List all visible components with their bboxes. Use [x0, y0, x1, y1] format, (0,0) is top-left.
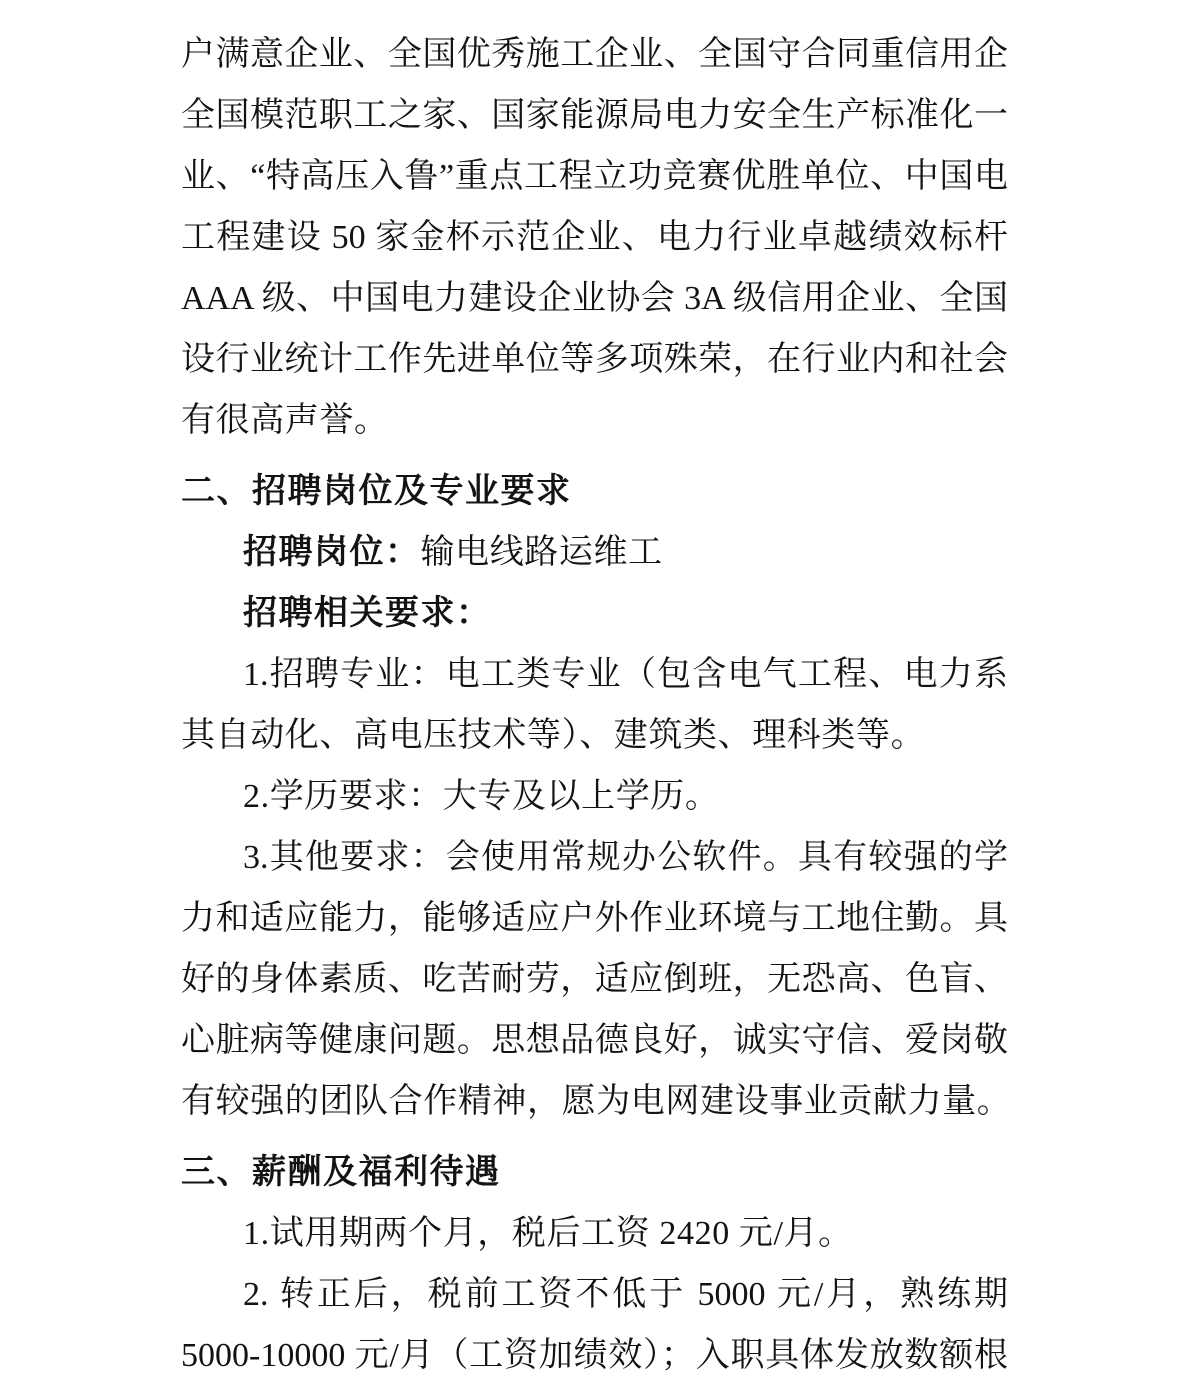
- section-heading: 二、招聘岗位及专业要求: [181, 461, 1008, 522]
- section-heading: 三、薪酬及福利待遇: [181, 1142, 1008, 1203]
- text-line: 有很高声誉。: [181, 390, 1008, 451]
- document-page: 户满意企业、全国优秀施工企业、全国守合同重信用企业、全国模范职工之家、国家能源局…: [0, 0, 1190, 1388]
- text-line: 工程建设 50 家金杯示范企业、电力行业卓越绩效标杆评价: [181, 207, 1008, 268]
- text-line: 5000-10000 元/月（工资加绩效）；入职具体发放数额根据: [181, 1325, 1008, 1386]
- text-line: 招聘岗位：输电线路运维工: [181, 522, 1008, 583]
- text-line: 户满意企业、全国优秀施工企业、全国守合同重信用企业、: [181, 24, 1008, 85]
- text-line: 3.其他要求：会使用常规办公软件。具有较强的学习能: [181, 827, 1008, 888]
- text-line: 其自动化、高电压技术等）、建筑类、理科类等。: [181, 705, 1008, 766]
- text-line: AAA 级、中国电力建设企业协会 3A 级信用企业、全国电力建: [181, 268, 1008, 329]
- text-line: 好的身体素质、吃苦耐劳，适应倒班，无恐高、色盲、色弱、: [181, 949, 1008, 1010]
- text-line: 心脏病等健康问题。思想品德良好，诚实守信、爱岗敬业，: [181, 1010, 1008, 1071]
- text-line: 设行业统计工作先进单位等多项殊荣，在行业内和社会上享: [181, 329, 1008, 390]
- text-line: 1.试用期两个月，税后工资 2420 元/月。: [181, 1203, 1008, 1264]
- text-line: 业、“特高压入鲁”重点工程立功竞赛优胜单位、中国电力: [181, 146, 1008, 207]
- text-line: 力和适应能力，能够适应户外作业环境与工地住勤。具有良: [181, 888, 1008, 949]
- text-line: 招聘相关要求：: [181, 583, 1008, 644]
- text-line: 全国模范职工之家、国家能源局电力安全生产标准化一级企: [181, 85, 1008, 146]
- text-line: 1.招聘专业：电工类专业（包含电气工程、电力系统及: [181, 644, 1008, 705]
- line-bold-label: 招聘相关要求：: [243, 595, 492, 632]
- text-line: 2. 转正后，税前工资不低于 5000 元/月，熟练期: [181, 1264, 1008, 1325]
- text-line: 2.学历要求：大专及以上学历。: [181, 766, 1008, 827]
- line-bold-label: 招聘岗位：: [243, 534, 421, 571]
- text-line: 有较强的团队合作精神，愿为电网建设事业贡献力量。: [181, 1071, 1008, 1132]
- document-body: 户满意企业、全国优秀施工企业、全国守合同重信用企业、全国模范职工之家、国家能源局…: [181, 24, 1008, 1386]
- line-text: 输电线路运维工: [421, 534, 663, 571]
